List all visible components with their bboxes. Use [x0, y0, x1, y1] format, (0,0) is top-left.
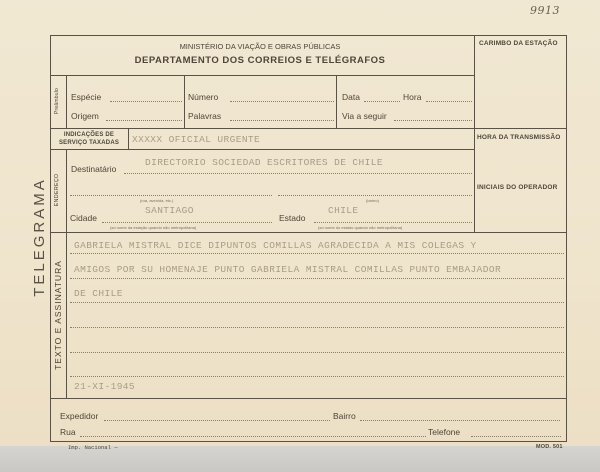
message-line-3: DE CHILE [74, 288, 123, 299]
service-bottom-divider [50, 149, 474, 150]
estado-value: CHILE [328, 205, 359, 216]
hora-label: Hora [403, 92, 421, 102]
department-title: DEPARTAMENTO DOS CORREIOS E TELÉGRAFOS [50, 55, 470, 66]
printer-imprint: Imp. Nacional — [68, 444, 118, 451]
numero-field[interactable] [230, 101, 334, 102]
model-number: MOD. 501 [536, 444, 563, 450]
cidade-label: Cidade [70, 213, 97, 223]
expedidor-field[interactable] [104, 420, 330, 421]
message-rule-2 [70, 278, 564, 279]
message-label: TEXTO E ASSINATURA [53, 250, 63, 380]
destinatario-value: DIRECTORIO SOCIEDAD ESCRITORES DE CHILE [145, 157, 383, 168]
cidade-field[interactable] [102, 222, 272, 223]
preamble-col-divider-2 [336, 75, 337, 128]
cidade-hint: (só nome da estação quando não metropoli… [110, 225, 196, 230]
stamp-box-label: CARIMBO DA ESTAÇÃO [479, 40, 558, 47]
side-title: TELEGRAMA [31, 177, 49, 297]
bairro-label: Bairro [333, 411, 356, 421]
data-field[interactable] [364, 101, 400, 102]
telefone-label: Telefone [428, 427, 460, 437]
especie-field[interactable] [110, 101, 182, 102]
service-value: XXXXX OFICIAL URGENTE [132, 134, 260, 145]
service-label-line2: SERVIÇO TAXADAS [50, 140, 128, 146]
palavras-field[interactable] [230, 120, 334, 121]
neighborhood-field[interactable] [278, 195, 472, 196]
message-rule-1 [70, 253, 564, 254]
message-rule-6 [70, 376, 564, 377]
palavras-label: Palavras [188, 111, 221, 121]
especie-label: Espécie [71, 92, 101, 102]
address-label: ENDEREÇO [54, 166, 62, 214]
telefone-field[interactable] [471, 436, 561, 437]
expedidor-label: Expedidor [60, 411, 98, 421]
address-divider [66, 149, 67, 232]
rua-field[interactable] [80, 436, 426, 437]
service-divider [128, 128, 129, 149]
message-divider [66, 232, 67, 398]
origem-label: Origem [71, 111, 99, 121]
preamble-label: Preâmbulo [54, 81, 62, 121]
message-date: 21-XI-1945 [74, 381, 135, 392]
data-label: Data [342, 92, 360, 102]
estado-hint: (só nome do estado quando não metropolit… [318, 225, 402, 230]
message-line-1: GABRIELA MISTRAL DICE DIPUNTOS COMILLAS … [74, 240, 477, 251]
destinatario-label: Destinatário [71, 164, 116, 174]
message-rule-3 [70, 302, 564, 303]
destinatario-field[interactable] [124, 173, 472, 174]
estado-field[interactable] [314, 222, 472, 223]
hora-field[interactable] [426, 101, 472, 102]
bairro-field[interactable] [360, 420, 560, 421]
message-rule-4 [70, 327, 564, 328]
ministry-title: MINISTÉRIO DA VIAÇÃO E OBRAS PÚBLICAS [50, 42, 470, 51]
message-line-2: AMIGOS POR SU HOMENAJE PUNTO GABRIELA MI… [74, 264, 501, 275]
operator-initials-label: INICIAIS DO OPERADOR [477, 184, 558, 191]
right-column-divider [474, 35, 475, 232]
preamble-divider [66, 75, 67, 128]
handwritten-number: 9913 [530, 4, 560, 17]
via-label: Via a seguir [342, 111, 387, 121]
neighborhood-hint: (bairro) [366, 198, 379, 203]
street-hint: (rua, avenida, etc.) [140, 198, 173, 203]
message-bottom-divider [50, 398, 567, 399]
service-label-line1: INDICAÇÕES DE [50, 132, 128, 138]
numero-label: Número [188, 92, 218, 102]
street-field[interactable] [70, 195, 272, 196]
origem-field[interactable] [106, 120, 182, 121]
address-bottom-divider [50, 232, 567, 233]
preamble-col-divider-1 [184, 75, 185, 128]
via-field[interactable] [394, 120, 472, 121]
transmission-time-label: HORA DA TRANSMISSÃO [477, 134, 561, 141]
rua-label: Rua [60, 427, 76, 437]
cidade-value: SANTIAGO [145, 205, 194, 216]
message-rule-5 [70, 352, 564, 353]
header-divider [50, 75, 474, 76]
estado-label: Estado [279, 213, 305, 223]
